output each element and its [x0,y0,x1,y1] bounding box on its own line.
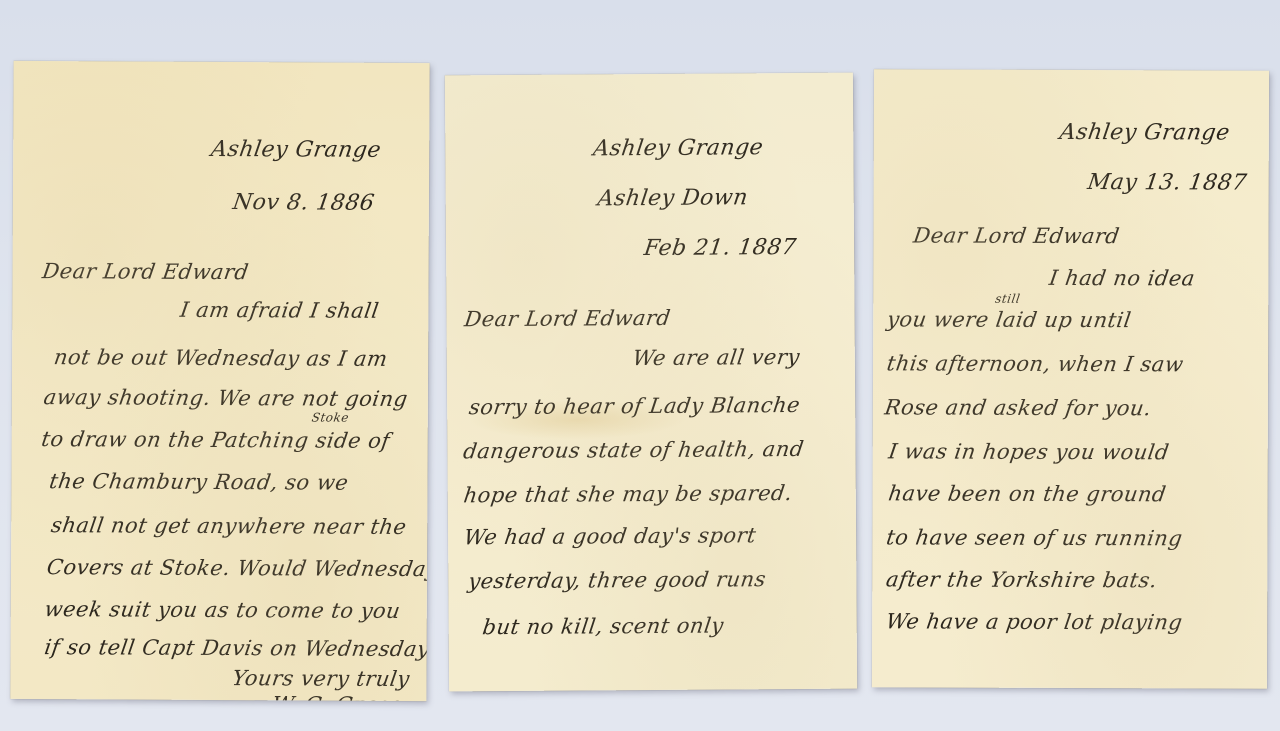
letter-1-body-line: not be out Wednesday as I am [52,345,389,371]
letter-2-address: Ashley Grange [592,135,765,161]
letter-1-address: Ashley Grange [209,137,382,163]
letter-3-body-line: We have a poor lot playing [884,609,1184,634]
letter-1-salutation: Dear Lord Edward [41,259,250,284]
letter-2-date: Feb 21. 1887 [642,235,797,261]
letter-3-body-line: I was in hopes you would [887,439,1171,464]
letter-2-address-line-2: Ashley Down [596,185,750,211]
letter-3-insertion: still [994,292,1021,306]
letter-2-salutation: Dear Lord Edward [463,306,672,331]
letter-1-body-line: to draw on the Patching side of [40,427,392,453]
letter-1-closing: Yours very truly [231,666,412,691]
letter-1-body-line: away shooting. We are not going [42,385,409,411]
letter-3-address: Ashley Grange [1058,120,1231,146]
letter-2-body-line: dangerous state of health, and [462,437,806,463]
letter-3-body-line: I had no idea [1048,266,1197,290]
letter-2-body-line: We are all very [631,345,801,370]
letter-3-body-line: this afternoon, when I saw [885,351,1185,376]
letter-3: Ashley Grange May 13. 1887 Dear Lord Edw… [872,69,1269,688]
letter-1-insertion: Stoke [311,410,350,424]
letter-3-body-line: Rose and asked for you. [883,395,1153,420]
photo-scene: Ashley Grange Nov 8. 1886 Dear Lord Edwa… [0,0,1280,731]
letter-3-salutation: Dear Lord Edward [912,223,1121,248]
letter-2-body-line: We had a good day's sport [462,523,757,549]
letter-3-date: May 13. 1887 [1086,170,1249,196]
letter-1-body-line: Covers at Stoke. Would Wednesday [45,555,429,581]
letter-1: Ashley Grange Nov 8. 1886 Dear Lord Edwa… [10,61,429,701]
letter-3-body-line: after the Yorkshire bats. [885,567,1159,592]
letter-1-signature: W. G. Grace [271,692,404,701]
letter-1-body-line: week suit you as to come to you [43,597,402,623]
letter-2-body-line: but no kill, scent only [481,613,725,639]
letter-2-body-line: yesterday, three good runs [467,567,768,593]
letter-3-body-line: have been on the ground [887,481,1168,506]
letter-1-body-line: if so tell Capt Davis on Wednesday [43,635,430,661]
letter-2-body-line: sorry to hear of Lady Blanche [468,393,802,419]
letter-1-body-line: I am afraid I shall [179,298,381,323]
letter-1-date: Nov 8. 1886 [231,190,376,216]
letter-1-body-line: shall not get anywhere near the [49,513,408,539]
letter-2: Ashley Grange Ashley Down Feb 21. 1887 D… [445,73,857,692]
letter-3-body-line: to have seen of us running [885,525,1184,550]
letter-2-body-line: hope that she may be spared. [462,481,794,507]
letter-1-body-line: the Chambury Road, so we [48,469,350,495]
letter-3-body-line: you were laid up until [885,307,1132,332]
